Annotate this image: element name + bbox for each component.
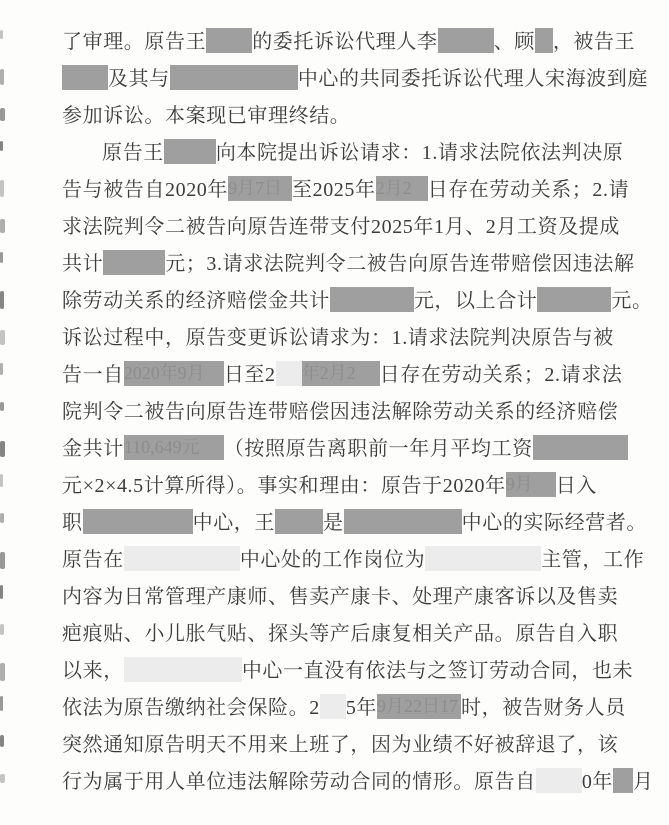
text-run: 金共计 — [62, 438, 124, 460]
scan-edge-mark — [0, 474, 3, 487]
scan-edge-mark — [0, 552, 5, 569]
text-run: 时，被告财务人员 — [461, 697, 626, 719]
text-run: 、顾 — [494, 31, 535, 53]
scan-edge-mark — [0, 219, 5, 233]
text-run: 依法为原告缴纳社会保险。2 — [62, 697, 320, 719]
text-run: 主管，工作 — [541, 549, 644, 571]
redacted-ghost-text: 9月 — [506, 474, 533, 494]
document-line: 原告王向本院提出诉讼请求：1.请求法院依法判决原 — [62, 135, 643, 172]
text-run: 向本院提出诉讼请求：1.请求法院依法判决原 — [216, 142, 624, 164]
document-line: 行为属于用人单位违法解除劳动合同的情形。原告自0年月 — [62, 764, 643, 801]
document-body: 了审理。原告王的委托诉讼代理人李、顾，被告王及其与中心的共同委托诉讼代理人宋海波… — [62, 24, 643, 801]
text-run: 元×2×4.5计算所得）。事实和理由：原告于2020年 — [62, 475, 506, 497]
text-run: 行为属于用人单位违法解除劳动合同的情形。原告自 — [62, 771, 536, 793]
text-run: 告一自 — [62, 364, 124, 386]
redaction-box: 9月7日 — [228, 176, 292, 201]
redaction-box — [536, 768, 582, 793]
document-line: 共计元；3.请求法院判令二被告向原告连带赔偿因违法解 — [62, 246, 643, 283]
redaction-box — [275, 509, 323, 534]
text-run: 诉讼过程中，原告变更诉讼请求为：1.请求法院判决原告与被 — [62, 327, 614, 349]
text-run: 及其与 — [108, 68, 170, 90]
text-run: 是 — [323, 512, 344, 534]
text-run: 原告在 — [62, 549, 124, 571]
text-run: 参加诉讼。本案现已审理终结。 — [62, 105, 350, 127]
document-line: 依法为原告缴纳社会保险。25年9月22日17时，被告财务人员 — [62, 690, 643, 727]
redaction-box — [537, 287, 611, 312]
text-run: ，被告王 — [553, 31, 635, 53]
scan-edge-mark — [0, 252, 3, 263]
text-run: 原告王 — [102, 142, 164, 164]
text-run: 日存在劳动关系；2.请 — [428, 179, 630, 201]
redacted-ghost-text: 9月22日17 — [377, 696, 458, 716]
document-line: 金共计110,649元（按照原告离职前一年月平均工资 — [62, 431, 643, 468]
redaction-box — [344, 509, 462, 534]
redaction-box — [330, 287, 414, 312]
redaction-box — [320, 694, 346, 719]
scan-edge-mark — [0, 180, 4, 197]
document-line: 以来，中心一直没有依法与之签订劳动合同，也未 — [62, 653, 643, 690]
document-line: 告一自2020年9月日至2年2月2日存在劳动关系；2.请求法 — [62, 357, 643, 394]
redaction-box: 2月2 — [376, 176, 428, 201]
text-run: 共计 — [62, 253, 103, 275]
scan-edge-mark — [0, 330, 5, 345]
text-run: 告与被告自2020年 — [62, 179, 228, 201]
text-run: 元。 — [611, 290, 652, 312]
text-run: 中心处的工作岗位为 — [240, 549, 425, 571]
scan-edge-mark — [0, 69, 4, 85]
text-run: 的委托诉讼代理人李 — [252, 31, 437, 53]
redaction-box — [124, 657, 242, 682]
text-run: 以来， — [62, 660, 124, 682]
scan-edge-mark — [0, 774, 5, 783]
redaction-box — [438, 28, 494, 53]
text-run: 疤痕贴、小儿胀气贴、探头等产后康复相关产品。原告自入职 — [62, 623, 618, 645]
redaction-box — [170, 65, 298, 90]
redaction-box: 9月 — [506, 472, 556, 497]
redaction-box: 年2月2 — [302, 361, 380, 386]
document-line: 告与被告自2020年9月7日至2025年2月2日存在劳动关系；2.请 — [62, 172, 643, 209]
scan-edge-mark — [0, 363, 3, 375]
scan-edge-mark — [0, 402, 4, 411]
text-run: 突然通知原告明天不用来上班了，因为业绩不好被辞退了，该 — [62, 734, 618, 756]
text-run: （按照原告离职前一年月平均工资 — [224, 438, 533, 460]
scan-edge-mark — [0, 735, 4, 747]
text-run: 月 — [633, 771, 654, 793]
scan-edge-mark — [0, 30, 3, 39]
redacted-ghost-text: 2020年9月 — [124, 363, 205, 383]
redacted-ghost-text: 9月7日 — [228, 178, 282, 198]
document-line: 诉讼过程中，原告变更诉讼请求为：1.请求法院判决原告与被 — [62, 320, 643, 357]
document-line: 除劳动关系的经济赔偿金共计元，以上合计元。 — [62, 283, 643, 320]
scan-edge-mark — [0, 624, 4, 635]
redaction-box — [425, 546, 541, 571]
text-run: 职 — [62, 512, 83, 534]
scanned-legal-document-page: 了审理。原告王的委托诉讼代理人李、顾，被告王及其与中心的共同委托诉讼代理人宋海波… — [0, 0, 669, 825]
redaction-box: 2020年9月 — [124, 361, 224, 386]
text-run: 院判令二被告向原告连带赔偿因违法解除劳动关系的经济赔偿 — [62, 401, 618, 423]
redaction-box — [103, 250, 165, 275]
document-line: 内容为日常管理产康师、售卖产康卡、处理产康客诉以及售卖 — [62, 579, 643, 616]
scan-edge-mark — [0, 513, 4, 523]
scan-edge-mark — [0, 585, 3, 599]
document-line: 了审理。原告王的委托诉讼代理人李、顾，被告王 — [62, 24, 643, 61]
document-line: 元×2×4.5计算所得）。事实和理由：原告于2020年9月日入 — [62, 468, 643, 505]
redaction-box — [206, 28, 252, 53]
document-line: 求法院判令二被告向原告连带支付2025年1月、2月工资及提成 — [62, 209, 643, 246]
text-run: 0年 — [582, 771, 613, 793]
redaction-box — [276, 361, 302, 386]
document-line: 及其与中心的共同委托诉讼代理人宋海波到庭 — [62, 61, 643, 98]
text-run: 日入 — [556, 475, 597, 497]
text-run: 中心的实际经营者。 — [462, 512, 647, 534]
text-run: 除劳动关系的经济赔偿金共计 — [62, 290, 330, 312]
document-line: 参加诉讼。本案现已审理终结。 — [62, 98, 643, 135]
document-line: 突然通知原告明天不用来上班了，因为业绩不好被辞退了，该 — [62, 727, 643, 764]
redaction-box — [164, 139, 216, 164]
redacted-ghost-text: 2月2 — [376, 178, 412, 198]
scan-edge-mark — [0, 441, 5, 457]
scan-edge-mark — [0, 663, 5, 681]
redaction-box: 9月22日17 — [377, 694, 461, 719]
text-run: 内容为日常管理产康师、售卖产康卡、处理产康客诉以及售卖 — [62, 586, 618, 608]
text-run: 日存在劳动关系；2.请求法 — [380, 364, 623, 386]
scan-edge-mark — [0, 291, 4, 309]
scan-edge-mark — [0, 108, 5, 121]
text-run: 中心一直没有依法与之签订劳动合同，也未 — [242, 660, 633, 682]
redaction-box — [83, 509, 193, 534]
text-run: 中心的共同委托诉讼代理人宋海波到庭 — [298, 68, 648, 90]
text-run: 至2025年 — [292, 179, 376, 201]
text-run: 5年 — [346, 697, 377, 719]
redaction-box: 110,649元 — [124, 435, 224, 460]
redaction-box — [62, 65, 108, 90]
scan-edge-mark — [0, 141, 3, 151]
text-run: 日至2 — [224, 364, 276, 386]
text-run: 中心，王 — [193, 512, 275, 534]
text-run: 元，以上合计 — [414, 290, 538, 312]
text-run: 了审理。原告王 — [62, 31, 206, 53]
text-run: 求法院判令二被告向原告连带支付2025年1月、2月工资及提成 — [62, 216, 620, 238]
redacted-ghost-text: 年2月2 — [302, 363, 356, 383]
redaction-box — [535, 28, 553, 53]
redaction-box — [613, 768, 633, 793]
text-run: 元；3.请求法院判令二被告向原告连带赔偿因违法解 — [165, 253, 634, 275]
document-line: 院判令二被告向原告连带赔偿因违法解除劳动关系的经济赔偿 — [62, 394, 643, 431]
document-line: 疤痕贴、小儿胀气贴、探头等产后康复相关产品。原告自入职 — [62, 616, 643, 653]
redaction-box — [124, 546, 240, 571]
redacted-ghost-text: 110,649元 — [124, 437, 200, 457]
document-line: 原告在中心处的工作岗位为主管，工作 — [62, 542, 643, 579]
redaction-box — [533, 435, 628, 460]
scan-edge-mark — [0, 696, 3, 711]
document-line: 职中心，王是中心的实际经营者。 — [62, 505, 643, 542]
